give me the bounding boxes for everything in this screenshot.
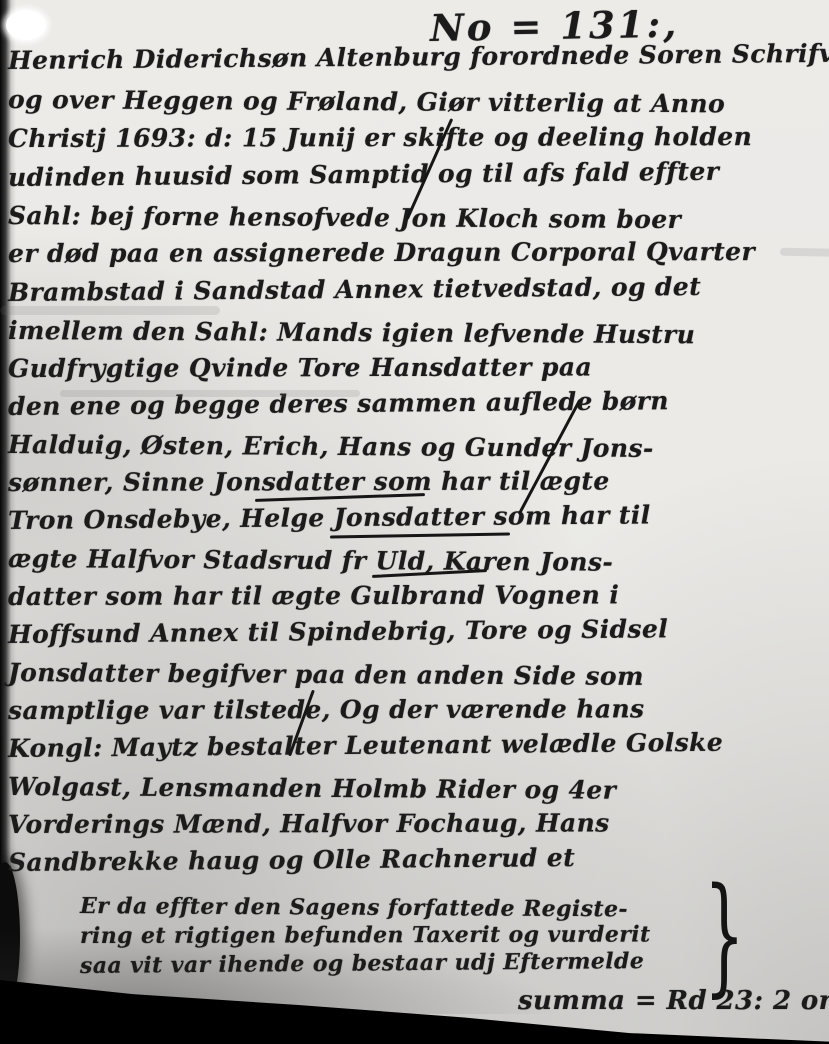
manuscript-line: Brambstad i Sandstad Annex tietvedstad, …: [8, 274, 701, 305]
manuscript-line: ægte Halfvor Stadsrud fr Uld, Karen Jons…: [8, 546, 613, 575]
manuscript-line: Christj 1693: d: 15 Junij er skifte og d…: [8, 124, 752, 151]
paper-highlight-spot: [6, 10, 46, 40]
closing-brace: }: [704, 872, 745, 1000]
manuscript-line: Tron Onsdebye, Helge Jonsdatter som har …: [8, 502, 651, 533]
manuscript-line: Halduig, Østen, Erich, Hans og Gunder Jo…: [8, 432, 654, 461]
manuscript-line: Sahl: bej forne hensofvede Jon Kloch som…: [8, 203, 681, 232]
ink-smudge: [780, 248, 829, 261]
manuscript-line: Sandbrekke haug og Olle Rachnerud et: [8, 845, 575, 875]
closing-line: saa vit var ihende og bestaar udj Efterm…: [80, 948, 644, 979]
manuscript-line: Henrich Diderichsøn Altenburg forordnede…: [8, 41, 829, 73]
manuscript-line: sønner, Sinne Jonsdatter som har til ægt…: [8, 468, 610, 495]
manuscript-line: er død paa en assignerede Dragun Corpora…: [8, 239, 755, 266]
manuscript-line: udinden huusid som Samptid og til afs fa…: [8, 159, 720, 190]
manuscript-line: datter som har til ægte Gulbrand Vognen …: [8, 582, 619, 609]
manuscript-line: og over Heggen og Frøland, Giør vitterli…: [8, 87, 725, 116]
ink-smudge: [60, 390, 360, 397]
ink-smudge: [0, 306, 220, 315]
manuscript-line: Gudfrygtige Qvinde Tore Hansdatter paa: [8, 354, 592, 381]
manuscript-page: No = 131:, Henrich Diderichsøn Altenburg…: [0, 0, 829, 1044]
manuscript-line: Jonsdatter begifver paa den anden Side s…: [8, 660, 644, 689]
manuscript-line: Hoffsund Annex til Spindebrig, Tore og S…: [8, 616, 668, 647]
closing-line: Er da effter den Sagens forfattede Regis…: [80, 893, 628, 922]
manuscript-line: Wolgast, Lensmanden Holmb Rider og 4er: [8, 774, 616, 803]
manuscript-line: Kongl: Maytz bestalter Leutenant welædle…: [8, 730, 723, 761]
manuscript-line: Vorderings Mænd, Halfvor Fochaug, Hans: [8, 810, 610, 837]
summa-total: summa = Rd 23: 2 ort 19 ß.: [518, 986, 829, 1016]
ink-strikethrough: [330, 532, 510, 538]
closing-line: ring et rigtigen befunden Taxerit og vur…: [80, 922, 651, 949]
manuscript-line: imellem den Sahl: Mands igien lefvende H…: [8, 318, 695, 347]
manuscript-line: samptlige var tilstede, Og der værende h…: [8, 696, 645, 723]
